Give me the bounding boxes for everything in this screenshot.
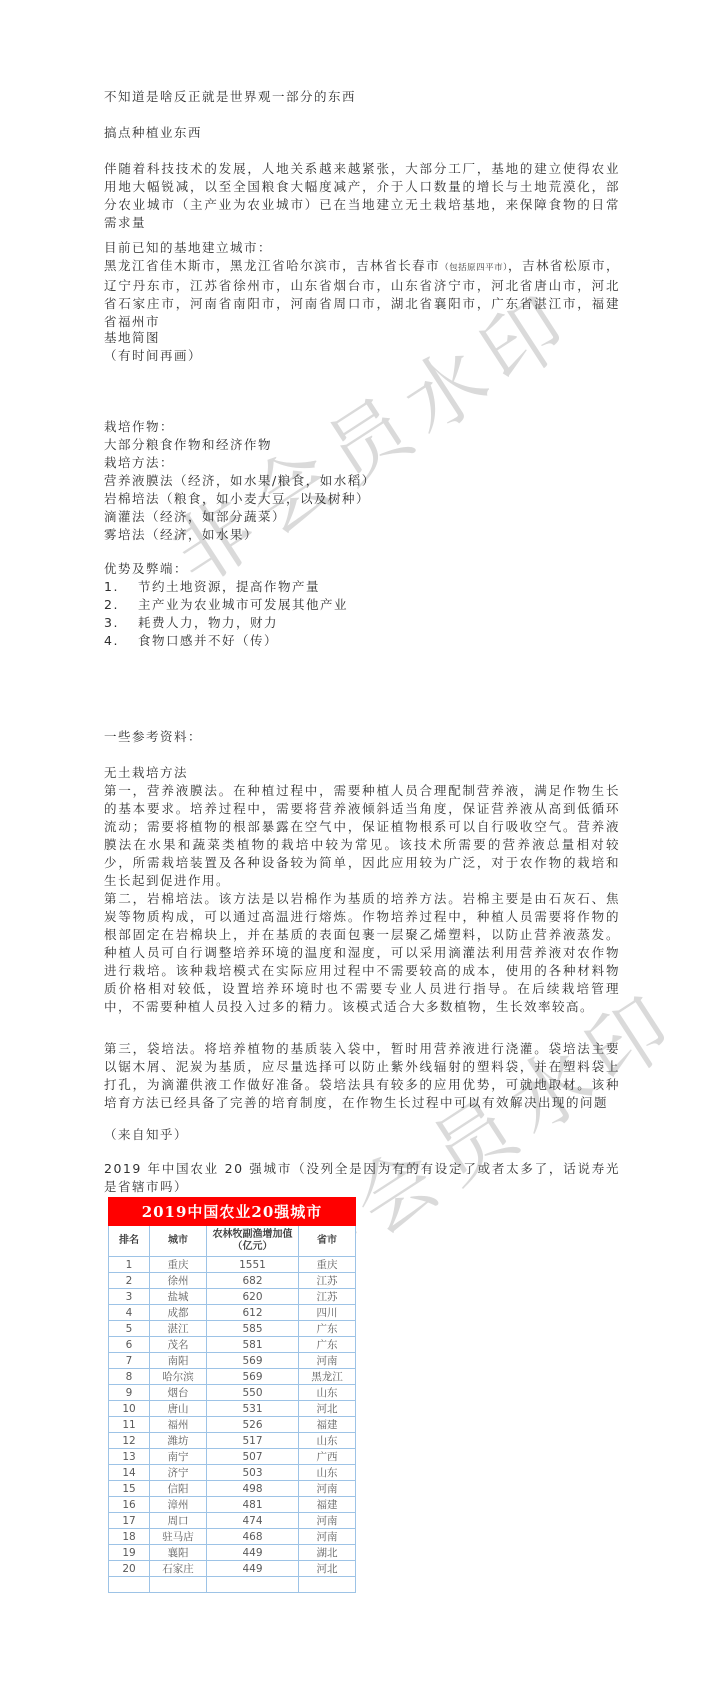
table-row: 11福州526福建 bbox=[109, 1417, 356, 1433]
table-cell: 468 bbox=[207, 1529, 299, 1545]
table-cell: 620 bbox=[207, 1289, 299, 1305]
table-cell: 河北 bbox=[299, 1401, 356, 1417]
table-cell: 4 bbox=[109, 1305, 150, 1321]
table-cell: 南阳 bbox=[150, 1353, 207, 1369]
table-cell: 江苏 bbox=[299, 1289, 356, 1305]
table-cell: 河南 bbox=[299, 1529, 356, 1545]
table-cell: 湖北 bbox=[299, 1545, 356, 1561]
table-cell: 信阳 bbox=[150, 1481, 207, 1497]
table-cell: 16 bbox=[109, 1497, 150, 1513]
table-row: 10唐山531河北 bbox=[109, 1401, 356, 1417]
methods-heading: 栽培方法： bbox=[104, 454, 620, 472]
line-worldview: 不知道是啥反正就是世界观一部分的东西 bbox=[104, 88, 620, 106]
table-cell: 517 bbox=[207, 1433, 299, 1449]
table-cell bbox=[109, 1577, 150, 1593]
table-row: 8哈尔滨569黑龙江 bbox=[109, 1369, 356, 1385]
table-cell: 漳州 bbox=[150, 1497, 207, 1513]
table-cell: 531 bbox=[207, 1401, 299, 1417]
header-rank: 排名 bbox=[109, 1226, 150, 1257]
table-cell: 四川 bbox=[299, 1305, 356, 1321]
table-row: 14济宁503山东 bbox=[109, 1465, 356, 1481]
pros-cons-item: 3.耗费人力，物力，财力 bbox=[104, 614, 620, 632]
table-body: 1重庆1551重庆2徐州682江苏3盐城620江苏4成都612四川5湛江585广… bbox=[109, 1257, 356, 1593]
pros-cons-item: 1.节约土地资源，提高作物产量 bbox=[104, 578, 620, 596]
table-cell: 河南 bbox=[299, 1353, 356, 1369]
item-text: 主产业为农业城市可发展其他产业 bbox=[138, 596, 620, 614]
table-cell: 哈尔滨 bbox=[150, 1369, 207, 1385]
table-row: 15信阳498河南 bbox=[109, 1481, 356, 1497]
table-cell: 黑龙江 bbox=[299, 1369, 356, 1385]
table-cell: 449 bbox=[207, 1545, 299, 1561]
table-cell: 山东 bbox=[299, 1465, 356, 1481]
paragraph-background: 伴随着科技技术的发展，人地关系越来越紧张，大部分工厂，基地的建立使得农业用地大幅… bbox=[104, 160, 620, 232]
note-2019: 2019 年中国农业 20 强城市（没列全是因为有的有设定了或者太多了，话说寿光… bbox=[104, 1160, 620, 1196]
source-note: （来自知乎） bbox=[104, 1126, 620, 1144]
table-cell: 潍坊 bbox=[150, 1433, 207, 1449]
table-cell: 烟台 bbox=[150, 1385, 207, 1401]
item-number: 3. bbox=[104, 614, 138, 632]
table-cell: 449 bbox=[207, 1561, 299, 1577]
method-item: 岩棉培法（粮食，如小麦大豆，以及树种） bbox=[104, 490, 620, 508]
table-title: 2019中国农业20强城市 bbox=[109, 1198, 356, 1226]
item-text: 节约土地资源，提高作物产量 bbox=[138, 578, 620, 596]
table-cell: 9 bbox=[109, 1385, 150, 1401]
soilless-heading: 无土栽培方法 bbox=[104, 764, 620, 782]
table-cell: 19 bbox=[109, 1545, 150, 1561]
table-cell: 585 bbox=[207, 1321, 299, 1337]
table-cell: 682 bbox=[207, 1273, 299, 1289]
cities-heading: 目前已知的基地建立城市： bbox=[104, 239, 620, 257]
paragraph-method-third: 第三，袋培法。将培养植物的基质装入袋中，暂时用营养液进行浇灌。袋培法主要以锯木屑… bbox=[104, 1040, 620, 1112]
item-text: 食物口感并不好（传） bbox=[138, 632, 620, 650]
table-cell: 福建 bbox=[299, 1417, 356, 1433]
table-cell: 襄阳 bbox=[150, 1545, 207, 1561]
table-row: 12潍坊517山东 bbox=[109, 1433, 356, 1449]
table-cell: 重庆 bbox=[299, 1257, 356, 1273]
cities-list-note: （包括原四平市） bbox=[440, 263, 508, 273]
table-cell bbox=[150, 1577, 207, 1593]
cities-list: 黑龙江省佳木斯市，黑龙江省哈尔滨市，吉林省长春市（包括原四平市），吉林省松原市，… bbox=[104, 257, 620, 331]
line-topic: 搞点种植业东西 bbox=[104, 124, 620, 142]
table-cell: 徐州 bbox=[150, 1273, 207, 1289]
table-cell: 湛江 bbox=[150, 1321, 207, 1337]
table-cell: 20 bbox=[109, 1561, 150, 1577]
document-page: 非会员水印 非会员水印 不知道是啥反正就是世界观一部分的东西 搞点种植业东西 伴… bbox=[0, 0, 720, 1683]
table-row: 9烟台550山东 bbox=[109, 1385, 356, 1401]
table-row: 2徐州682江苏 bbox=[109, 1273, 356, 1289]
table-cell: 驻马店 bbox=[150, 1529, 207, 1545]
table-cell: 481 bbox=[207, 1497, 299, 1513]
sketch-line1: 基地简图 bbox=[104, 329, 620, 347]
table-cell: 1551 bbox=[207, 1257, 299, 1273]
pros-cons-item: 4.食物口感并不好（传） bbox=[104, 632, 620, 650]
table-row: 4成都612四川 bbox=[109, 1305, 356, 1321]
paragraph-method-second: 第二，岩棉培法。该方法是以岩棉作为基质的培养方法。岩棉主要是由石灰石、焦炭等物质… bbox=[104, 890, 620, 1016]
paragraph-method-first: 第一，营养液膜法。在种植过程中，需要种植人员合理配制营养液，满足作物生长的基本要… bbox=[104, 782, 620, 890]
table-cell: 8 bbox=[109, 1369, 150, 1385]
table-cell: 550 bbox=[207, 1385, 299, 1401]
method-item: 营养液膜法（经济，如水果/粮食，如水稻） bbox=[104, 472, 620, 490]
table-cell: 15 bbox=[109, 1481, 150, 1497]
table-cell: 503 bbox=[207, 1465, 299, 1481]
table-cell bbox=[207, 1577, 299, 1593]
crops-heading: 栽培作物： bbox=[104, 418, 620, 436]
table-cell: 526 bbox=[207, 1417, 299, 1433]
table-cell: 济宁 bbox=[150, 1465, 207, 1481]
table-cell bbox=[299, 1577, 356, 1593]
table-cell: 11 bbox=[109, 1417, 150, 1433]
table-cell: 7 bbox=[109, 1353, 150, 1369]
table-cell: 广东 bbox=[299, 1321, 356, 1337]
table-cell: 茂名 bbox=[150, 1337, 207, 1353]
table-title-row: 2019中国农业20强城市 bbox=[109, 1198, 356, 1226]
table-cell: 5 bbox=[109, 1321, 150, 1337]
item-number: 2. bbox=[104, 596, 138, 614]
table-row: 16漳州481福建 bbox=[109, 1497, 356, 1513]
table-cell: 507 bbox=[207, 1449, 299, 1465]
table-cell: 河南 bbox=[299, 1513, 356, 1529]
agriculture-top20-table: 2019中国农业20强城市 排名 城市 农林牧副渔增加值 （亿元） 省市 1重庆… bbox=[108, 1197, 356, 1593]
table-cell: 周口 bbox=[150, 1513, 207, 1529]
table-cell: 13 bbox=[109, 1449, 150, 1465]
table-cell: 江苏 bbox=[299, 1273, 356, 1289]
table-cell: 山东 bbox=[299, 1433, 356, 1449]
table-row: 17周口474河南 bbox=[109, 1513, 356, 1529]
sketch-line2: （有时间再画） bbox=[104, 347, 620, 365]
table-cell: 福州 bbox=[150, 1417, 207, 1433]
table-row: 1重庆1551重庆 bbox=[109, 1257, 356, 1273]
cities-list-pre: 黑龙江省佳木斯市，黑龙江省哈尔滨市，吉林省长春市 bbox=[104, 258, 440, 273]
table-cell: 盐城 bbox=[150, 1289, 207, 1305]
table-row: 19襄阳449湖北 bbox=[109, 1545, 356, 1561]
table-cell: 474 bbox=[207, 1513, 299, 1529]
pros-cons-item: 2.主产业为农业城市可发展其他产业 bbox=[104, 596, 620, 614]
header-value: 农林牧副渔增加值 （亿元） bbox=[207, 1226, 299, 1257]
table-cell: 612 bbox=[207, 1305, 299, 1321]
header-city: 城市 bbox=[150, 1226, 207, 1257]
method-item: 滴灌法（经济，如部分蔬菜） bbox=[104, 508, 620, 526]
table-row: 6茂名581广东 bbox=[109, 1337, 356, 1353]
table-row: 7南阳569河南 bbox=[109, 1353, 356, 1369]
references-heading: 一些参考资料： bbox=[104, 728, 620, 746]
table-cell: 17 bbox=[109, 1513, 150, 1529]
table-cell: 1 bbox=[109, 1257, 150, 1273]
table-cell: 2 bbox=[109, 1273, 150, 1289]
table-cell: 569 bbox=[207, 1369, 299, 1385]
table-cell: 山东 bbox=[299, 1385, 356, 1401]
pros-cons-heading: 优势及弊端： bbox=[104, 560, 620, 578]
table-cell: 南宁 bbox=[150, 1449, 207, 1465]
table-row: 18驻马店468河南 bbox=[109, 1529, 356, 1545]
table-cell: 成都 bbox=[150, 1305, 207, 1321]
table-cell: 6 bbox=[109, 1337, 150, 1353]
item-text: 耗费人力，物力，财力 bbox=[138, 614, 620, 632]
table-cell: 569 bbox=[207, 1353, 299, 1369]
header-province: 省市 bbox=[299, 1226, 356, 1257]
crops-text: 大部分粮食作物和经济作物 bbox=[104, 436, 620, 454]
table-cell: 498 bbox=[207, 1481, 299, 1497]
table-cell: 广西 bbox=[299, 1449, 356, 1465]
table-cell: 3 bbox=[109, 1289, 150, 1305]
item-number: 1. bbox=[104, 578, 138, 596]
method-item: 雾培法（经济，如水果） bbox=[104, 526, 620, 544]
table-cell: 18 bbox=[109, 1529, 150, 1545]
table-cell: 福建 bbox=[299, 1497, 356, 1513]
table-cell: 12 bbox=[109, 1433, 150, 1449]
table-cell: 河南 bbox=[299, 1481, 356, 1497]
table-row: 5湛江585广东 bbox=[109, 1321, 356, 1337]
table-cell: 581 bbox=[207, 1337, 299, 1353]
table-row: 3盐城620江苏 bbox=[109, 1289, 356, 1305]
table-row bbox=[109, 1577, 356, 1593]
table-cell: 石家庄 bbox=[150, 1561, 207, 1577]
table-cell: 广东 bbox=[299, 1337, 356, 1353]
table-row: 13南宁507广西 bbox=[109, 1449, 356, 1465]
table-row: 20石家庄449河北 bbox=[109, 1561, 356, 1577]
table-cell: 河北 bbox=[299, 1561, 356, 1577]
item-number: 4. bbox=[104, 632, 138, 650]
table-cell: 14 bbox=[109, 1465, 150, 1481]
table-header-row: 排名 城市 农林牧副渔增加值 （亿元） 省市 bbox=[109, 1226, 356, 1257]
table-cell: 10 bbox=[109, 1401, 150, 1417]
table-cell: 唐山 bbox=[150, 1401, 207, 1417]
table-cell: 重庆 bbox=[150, 1257, 207, 1273]
